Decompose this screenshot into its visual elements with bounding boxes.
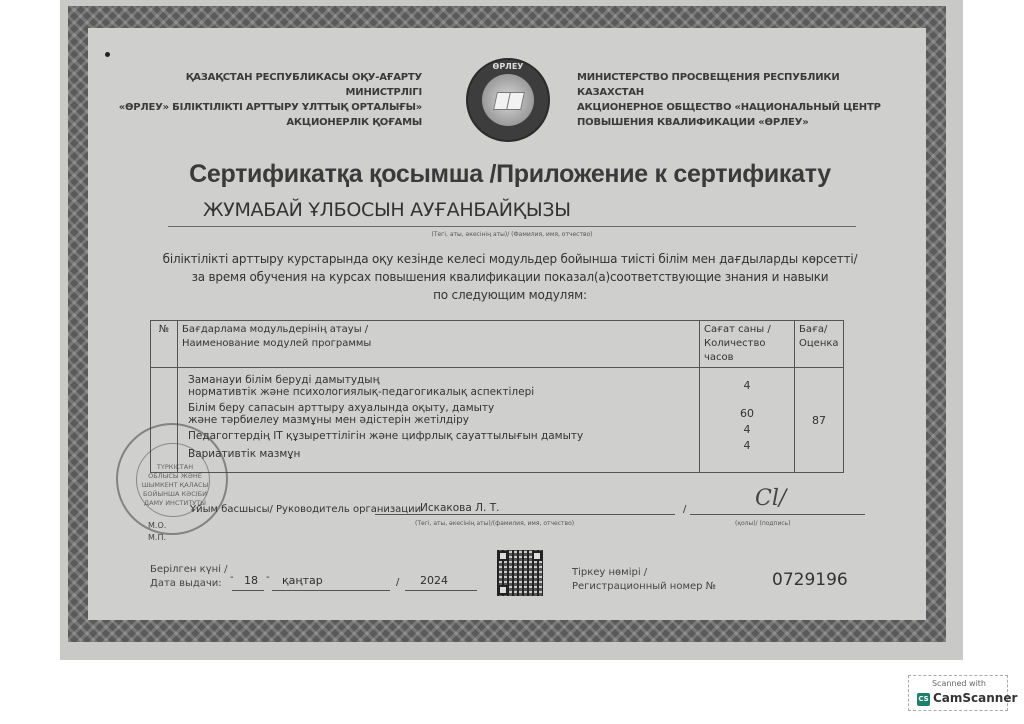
issue-date-label-line: Берілген күні / [150, 563, 227, 577]
modules-cell: Заманауи білім беруді дамытудың норматив… [178, 368, 700, 473]
month-underline [272, 590, 390, 591]
header-hours-line: Количество часов [704, 337, 790, 365]
qr-code-icon[interactable] [497, 550, 543, 596]
modules-table: № Бағдарлама модульдерінің атауы / Наиме… [150, 320, 844, 473]
stamp-mp-label: М.П. [148, 532, 166, 544]
module-item: Педагогтердің IT құзыреттілігін және циф… [188, 430, 689, 442]
ink-dot [105, 52, 110, 57]
header-module: Бағдарлама модульдерінің атауы / Наимено… [178, 321, 700, 368]
stamp-line: ОБЛЫСЫ ЖӘНЕ [140, 472, 210, 481]
module-name-line: Педагогтердің IT құзыреттілігін және циф… [188, 430, 689, 442]
module-hours: 4 [704, 440, 790, 452]
module-hours: 4 [704, 424, 790, 436]
qr-finder [532, 551, 542, 561]
watermark-caption: Scanned with [909, 679, 1009, 688]
registration-label-line: Регистрационный номер № [572, 580, 716, 594]
registration-label: Тіркеу нөмірі / Регистрационный номер № [572, 566, 716, 594]
day-underline [232, 590, 264, 591]
camscanner-watermark: Scanned with CS CamScanner [908, 675, 1008, 711]
header-hours: Сағат саны / Количество часов [700, 321, 795, 368]
registration-label-line: Тіркеу нөмірі / [572, 566, 716, 580]
header-module-line: Наименование модулей программы [182, 337, 695, 351]
stamp-line: БОЙЫНША КӘСІБИ [140, 490, 210, 499]
header-russian-line: ПОВЫШЕНИЯ КВАЛИФИКАЦИИ «ӨРЛЕУ» [577, 115, 897, 130]
signature-caption: (қолы)/ (подпись) [735, 520, 791, 527]
issue-date-label-line: Дата выдачи: [150, 577, 227, 591]
header-module-line: Бағдарлама модульдерінің атауы / [182, 323, 695, 337]
header-grade-line: Баға/ [799, 323, 839, 337]
stamp-text: ТҮРКІСТАН ОБЛЫСЫ ЖӘНЕ ШЫМКЕНТ ҚАЛАСЫ БОЙ… [140, 463, 210, 508]
year-underline [405, 590, 477, 591]
qr-finder [498, 551, 508, 561]
header-no: № [151, 321, 178, 368]
table-body-row: Заманауи білім беруді дамытудың норматив… [151, 368, 844, 473]
stamp-line: ТҮРКІСТАН [140, 463, 210, 472]
grade-cell: 87 [795, 368, 844, 473]
issue-month: қаңтар [282, 574, 323, 587]
module-name-line: және тәрбиелеу мазмұны мен әдістерін жет… [188, 414, 689, 426]
issue-day: 18 [236, 574, 266, 587]
date-dash: - [266, 572, 270, 583]
document-title: Сертификатқа қосымша /Приложение к серти… [110, 160, 910, 189]
header-russian-line: АКЦИОНЕРНОЕ ОБЩЕСТВО «НАЦИОНАЛЬНЫЙ ЦЕНТР [577, 100, 897, 115]
module-name-line: нормативтік және психологиялық-педагогик… [188, 386, 689, 398]
module-name-line: Вариативтік мазмұн [188, 448, 689, 460]
qr-finder [498, 585, 508, 595]
head-name-underline [375, 514, 675, 515]
intro-text: біліктілікті арттыру курстарында оқу кез… [160, 250, 860, 304]
signature-underline [690, 514, 865, 515]
header-kazakh-line: ҚАЗАҚСТАН РЕСПУБЛИКАСЫ ОҚУ-АҒАРТУ МИНИСТ… [110, 70, 422, 100]
person-name-caption: (Тегі, аты, әкесінің аты)/ (Фамилия, имя… [168, 231, 856, 238]
name-underline [168, 226, 856, 227]
head-name-caption: (Тегі, аты, әкесінің аты)/(фамилия, имя,… [415, 520, 574, 527]
stamp-line: ШЫМКЕНТ ҚАЛАСЫ [140, 481, 210, 490]
signature: Cl/ [755, 486, 786, 511]
header-kazakh: ҚАЗАҚСТАН РЕСПУБЛИКАСЫ ОҚУ-АҒАРТУ МИНИСТ… [110, 70, 422, 130]
registration-number: 0729196 [772, 570, 848, 590]
watermark-brand: CamScanner [933, 691, 1017, 705]
stamp-place-mark: М.О. М.П. [148, 520, 166, 544]
module-name-line: Білім беру сапасын арттыру ахуалында оқы… [188, 402, 689, 414]
header-grade-line: Оценка [799, 337, 839, 351]
hours-cell: 4 60 4 4 [700, 368, 795, 473]
header-hours-line: Сағат саны / [704, 323, 790, 337]
intro-line: біліктілікті арттыру курстарында оқу кез… [160, 250, 860, 268]
header-kazakh-line: «ӨРЛЕУ» БІЛІКТІЛІКТІ АРТТЫРУ ҰЛТТЫҚ ОРТА… [110, 100, 422, 115]
orleu-logo: ӨРЛЕУ [466, 58, 550, 142]
issue-date-label: Берілген күні / Дата выдачи: [150, 563, 227, 591]
module-item: Заманауи білім беруді дамытудың норматив… [188, 374, 689, 398]
intro-line: по следующим модулям: [160, 286, 860, 304]
official-stamp: ТҮРКІСТАН ОБЛЫСЫ ЖӘНЕ ШЫМКЕНТ ҚАЛАСЫ БОЙ… [116, 423, 228, 535]
module-hours: 4 [704, 380, 790, 392]
issue-year: 2024 [420, 574, 448, 587]
date-slash: / [396, 577, 399, 588]
date-dash: - [230, 572, 234, 583]
header-russian: МИНИСТЕРСТВО ПРОСВЕЩЕНИЯ РЕСПУБЛИКИ КАЗА… [577, 70, 897, 130]
header-kazakh-line: АКЦИОНЕРЛІК ҚОҒАМЫ [110, 115, 422, 130]
module-item: Білім беру сапасын арттыру ахуалында оқы… [188, 402, 689, 426]
table-header-row: № Бағдарлама модульдерінің атауы / Наиме… [151, 321, 844, 368]
book-icon [493, 92, 525, 110]
intro-line: за время обучения на курсах повышения кв… [160, 268, 860, 286]
person-name: ЖУМАБАЙ ҰЛБОСЫН АУҒАНБАЙҚЫЗЫ [203, 199, 571, 221]
logo-text: ӨРЛЕУ [468, 62, 548, 71]
module-hours: 60 [704, 408, 790, 420]
header-russian-line: МИНИСТЕРСТВО ПРОСВЕЩЕНИЯ РЕСПУБЛИКИ КАЗА… [577, 70, 897, 100]
head-of-organization-name: Искакова Л. Т. [420, 502, 499, 514]
separator-slash: / [683, 504, 686, 515]
camscanner-logo-icon: CS [917, 693, 930, 706]
header-grade: Баға/ Оценка [795, 321, 844, 368]
module-name-line: Заманауи білім беруді дамытудың [188, 374, 689, 386]
module-item: Вариативтік мазмұн [188, 448, 689, 460]
stamp-mo-label: М.О. [148, 520, 166, 532]
